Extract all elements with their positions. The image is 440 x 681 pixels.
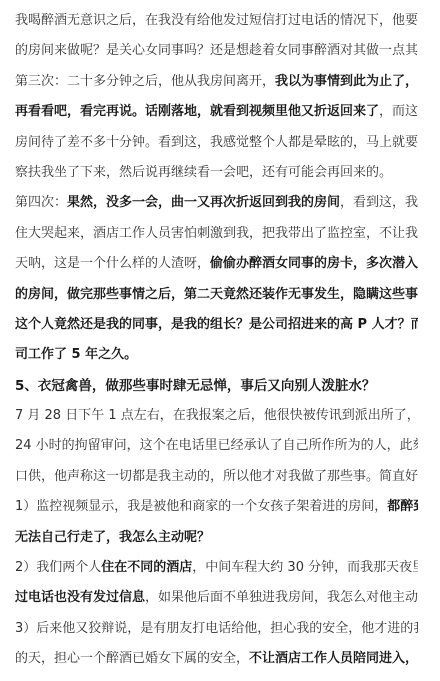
text: 7 月 28 日下午 1 点左右，在我报案之后，他很快被传讯到派出所了，随后进行… — [15, 408, 418, 423]
section-heading: 5、衣冠禽兽，做那些事时肆无忌惮，事后又向别人泼脏水？ — [15, 371, 418, 401]
text-line: 口供，他声称这一切都是我主动的，所以他才对我做了那些事。简直好笑，我主动？ — [15, 462, 418, 492]
bold-text: 的房间，做完那些事情之后，第二天竟然还装作无事发生，隐瞒这些事实真相，而 — [15, 287, 418, 302]
text: 住大哭起来，酒店工作人员害怕刺激到我，把我带出了监控室，不让我再继续看了。 — [15, 226, 418, 241]
bold-text: 再看看吧，看完再说。话刚落地，就看到视频里他又折返回来了 — [15, 104, 379, 119]
text-line: 的房间来做呢？是关心女同事吗？还是想趁着女同事醉酒对其做一点其他的事情？ — [15, 36, 418, 66]
text-line: 第四次：果然，没多一会，曲一又再次折返回到我的房间，看到这，我再也克制不 — [15, 188, 418, 218]
text: ，如果他后面不单独进我房间，我怎么对他主动呢？ — [145, 590, 418, 605]
text-line: 24 小时的拘留审问，这个在电话里已经承认了自己所作所为的人，此刻却突然改了 — [15, 431, 418, 461]
bold-text: 住在不同的酒店 — [101, 560, 192, 575]
article-body: 我喝醉酒无意识之后，在我没有给他发过短信打过电话的情况下，他要偷偷潜入我的房间来… — [15, 6, 418, 675]
text: 我喝醉酒无意识之后，在我没有给他发过短信打过电话的情况下，他要偷偷潜入我 — [15, 13, 418, 28]
text-line: 察扶我坐了下来，然后说再继续看一会吧，还有可能会再回来的。 — [15, 158, 418, 188]
text-line: 这个人竟然还是我的同事，是我的组长？是公司招进来的高 P 人才？而且他还在公 — [15, 310, 418, 340]
text-line: 2）我们两个人住在不同的酒店，中间车程大约 30 分钟，而我那天夜里没有给他打 — [15, 553, 418, 583]
text: 房间待了差不多十分钟。看到这，我感觉整个人都是晕眩的，马上就要晕倒了，警 — [15, 135, 418, 150]
text-line: 天呐，这是一个什么样的人渣呀，偷偷办醉酒女同事的房卡，多次潜入醉酒女同事 — [15, 249, 418, 279]
bold-text: 偷偷办醉酒女同事的房卡，多次潜入醉酒女同事 — [210, 256, 418, 271]
text-line: 房间待了差不多十分钟。看到这，我感觉整个人都是晕眩的，马上就要晕倒了，警 — [15, 128, 418, 158]
text: ，中间车程大约 30 分钟，而我那天夜里 — [192, 560, 418, 575]
text-line: 3）后来他又狡辩说，是有朋友打电话给他，担心我的安全，他才进的我的房间。我 — [15, 614, 418, 644]
text: 3）后来他又狡辩说，是有朋友打电话给他，担心我的安全，他才进的我的房间。我 — [15, 621, 418, 636]
bold-text: 果然，没多一会，曲一又再次折返回到我的房间 — [67, 195, 340, 210]
text-line: 无法自己行走了，我怎么主动呢？ — [15, 523, 418, 553]
text: 2）我们两个人 — [15, 560, 101, 575]
bold-text: 司工作了 5 年之久。 — [15, 347, 137, 362]
text-line: 住大哭起来，酒店工作人员害怕刺激到我，把我带出了监控室，不让我再继续看了。 — [15, 219, 418, 249]
bold-text: 过电话也没有发过信息 — [15, 590, 145, 605]
text-line: 过电话也没有发过信息，如果他后面不单独进我房间，我怎么对他主动呢？ — [15, 583, 418, 613]
text: 24 小时的拘留审问，这个在电话里已经承认了自己所作所为的人，此刻却突然改了 — [15, 438, 418, 453]
text-line: 再看看吧，看完再说。话刚落地，就看到视频里他又折返回来了，而这次他又在我 — [15, 97, 418, 127]
text-line: 第三次：二十多分钟之后，他从我房间离开，我以为事情到此为止了，但是警察说 — [15, 67, 418, 97]
text: ，而这次他又在我 — [379, 104, 418, 119]
text: 1）监控视频显示，我是被他和商家的一个女孩子架着进的房间， — [15, 499, 387, 514]
text: 天呐，这是一个什么样的人渣呀， — [15, 256, 210, 271]
text: 的天，担心一个醉酒已婚女下属的安全， — [15, 651, 249, 666]
text-line: 7 月 28 日下午 1 点左右，在我报案之后，他很快被传讯到派出所了，随后进行… — [15, 401, 418, 431]
bold-text: 不让酒店工作人员陪同进入，反而自己办 — [249, 651, 418, 666]
text-line: 司工作了 5 年之久。 — [15, 340, 418, 370]
text-line: 1）监控视频显示，我是被他和商家的一个女孩子架着进的房间，都醉到毫无意识、 — [15, 492, 418, 522]
text: 察扶我坐了下来，然后说再继续看一会吧，还有可能会再回来的。 — [15, 165, 392, 180]
bold-text: 都醉到毫无意识、 — [387, 499, 418, 514]
text-line: 的天，担心一个醉酒已婚女下属的安全，不让酒店工作人员陪同进入，反而自己办 — [15, 644, 418, 674]
text: 的房间来做呢？是关心女同事吗？还是想趁着女同事醉酒对其做一点其他的事情？ — [15, 43, 418, 58]
text: 口供，他声称这一切都是我主动的，所以他才对我做了那些事。简直好笑，我主动？ — [15, 469, 418, 484]
text-line: 的房间，做完那些事情之后，第二天竟然还装作无事发生，隐瞒这些事实真相，而 — [15, 280, 418, 310]
bold-text: 5、衣冠禽兽，做那些事时肆无忌惮，事后又向别人泼脏水？ — [15, 378, 375, 394]
bold-text: 我以为事情到此为止了，但是警察说 — [275, 74, 418, 89]
bold-text: 无法自己行走了，我怎么主动呢？ — [15, 530, 210, 545]
text-line: 我喝醉酒无意识之后，在我没有给他发过短信打过电话的情况下，他要偷偷潜入我 — [15, 6, 418, 36]
text: 第三次：二十多分钟之后，他从我房间离开， — [15, 74, 275, 89]
text: ，看到这，我再也克制不 — [340, 195, 418, 210]
text: 第四次： — [15, 195, 67, 210]
bold-text: 这个人竟然还是我的同事，是我的组长？是公司招进来的高 P 人才？而且他还在公 — [15, 317, 418, 332]
